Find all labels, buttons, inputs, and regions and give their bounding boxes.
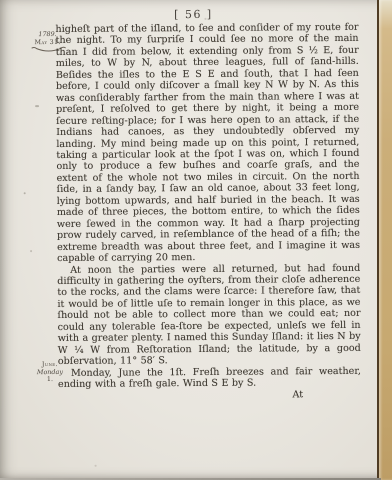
paper-speck: [204, 18, 206, 20]
page-content: [ 56 ] 1789. May 31. June. Monday 1. hig…: [0, 0, 392, 480]
paper-speck: [95, 465, 97, 467]
catchword: At: [58, 388, 361, 402]
scanned-book-page: [ 56 ] 1789. May 31. June. Monday 1. hig…: [0, 0, 392, 480]
paper-speck: [35, 105, 39, 107]
paragraph-2: At noon the parties were all returned, b…: [57, 262, 361, 367]
book-fore-edge: [377, 0, 392, 480]
body-text-column: higheſt part of the iſland, to ſee and c…: [55, 22, 361, 402]
paragraph-3: Monday, June the 1ſt. Freſh breezes and …: [58, 365, 361, 390]
paper-speck: [24, 192, 26, 194]
paragraph-1: higheſt part of the iſland, to ſee and c…: [55, 22, 360, 265]
paper-speck: [30, 250, 32, 252]
page-number: [ 56 ]: [38, 7, 348, 22]
paper-speck: [351, 212, 353, 214]
